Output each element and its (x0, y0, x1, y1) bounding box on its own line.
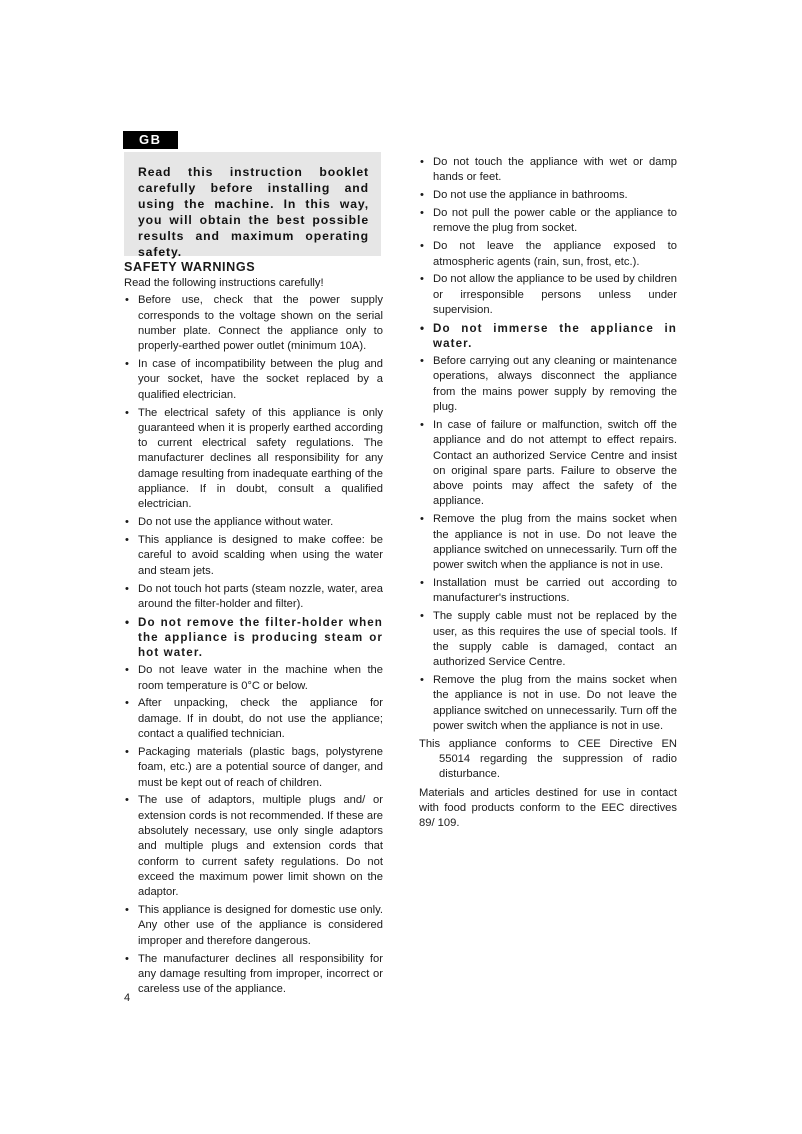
bullet-icon: • (125, 696, 129, 711)
warning-item: •Remove the plug from the mains socket w… (419, 512, 677, 573)
bullet-icon: • (420, 512, 424, 527)
warning-item: •The supply cable must not be replaced b… (419, 609, 677, 670)
warning-item-emphasis: •Do not immerse the appliance in water. (419, 321, 677, 352)
section-lead: Read the following instructions carefull… (124, 276, 383, 291)
warning-item: •In case of incompatibility between the … (124, 357, 383, 403)
warning-item: •Do not touch hot parts (steam nozzle, w… (124, 582, 383, 613)
bullet-icon: • (420, 188, 424, 203)
bullet-icon: • (420, 321, 425, 336)
bullet-icon: • (420, 272, 424, 287)
warning-item: •The electrical safety of this appliance… (124, 406, 383, 513)
bullet-icon: • (125, 293, 129, 308)
warning-item: •Do not leave the appliance exposed to a… (419, 239, 677, 270)
warning-item: •The manufacturer declines all responsib… (124, 952, 383, 998)
food-contact-note: Materials and articles destined for use … (419, 786, 677, 832)
bullet-icon: • (420, 609, 424, 624)
warning-item: •Do not allow the appliance to be used b… (419, 272, 677, 318)
directive-note: This appliance conforms to CEE Directive… (419, 737, 677, 783)
warning-item: •In case of failure or malfunction, swit… (419, 418, 677, 510)
warning-list-right: •Do not touch the appliance with wet or … (419, 155, 677, 734)
warning-item: •Do not use the appliance without water. (124, 515, 383, 530)
warning-item: •Installation must be carried out accord… (419, 576, 677, 607)
left-column: SAFETY WARNINGS Read the following instr… (124, 259, 383, 1000)
bullet-icon: • (125, 533, 129, 548)
warning-item: •Do not use the appliance in bathrooms. (419, 188, 677, 203)
bullet-icon: • (420, 673, 424, 688)
bullet-icon: • (125, 615, 130, 630)
language-tag: GB (123, 131, 178, 149)
bullet-icon: • (125, 952, 129, 967)
warning-item: •Do not leave water in the machine when … (124, 663, 383, 694)
warning-item: •Do not pull the power cable or the appl… (419, 206, 677, 237)
intro-box: Read this instruction booklet carefully … (124, 152, 381, 256)
bullet-icon: • (125, 406, 129, 421)
warning-item: •The use of adaptors, multiple plugs and… (124, 793, 383, 900)
bullet-icon: • (420, 206, 424, 221)
warning-item-emphasis: •Do not remove the filter-holder when th… (124, 615, 383, 661)
warning-list-left: •Before use, check that the power supply… (124, 293, 383, 997)
bullet-icon: • (420, 155, 424, 170)
bullet-icon: • (420, 239, 424, 254)
warning-item: •This appliance is designed for domestic… (124, 903, 383, 949)
warning-item: •This appliance is designed to make coff… (124, 533, 383, 579)
bullet-icon: • (125, 357, 129, 372)
bullet-icon: • (125, 745, 129, 760)
warning-item: •Do not touch the appliance with wet or … (419, 155, 677, 186)
bullet-icon: • (125, 663, 129, 678)
warning-item: •Before use, check that the power supply… (124, 293, 383, 354)
warning-item: •Before carrying out any cleaning or mai… (419, 354, 677, 415)
warning-item: •After unpacking, check the appliance fo… (124, 696, 383, 742)
bullet-icon: • (125, 515, 129, 530)
warning-item: •Remove the plug from the mains socket w… (419, 673, 677, 734)
section-title: SAFETY WARNINGS (124, 259, 383, 276)
page-number: 4 (124, 992, 130, 1004)
bullet-icon: • (125, 903, 129, 918)
bullet-icon: • (420, 418, 424, 433)
right-column: •Do not touch the appliance with wet or … (419, 155, 677, 835)
bullet-icon: • (420, 354, 424, 369)
warning-item: •Packaging materials (plastic bags, poly… (124, 745, 383, 791)
bullet-icon: • (420, 576, 424, 591)
intro-text: Read this instruction booklet carefully … (138, 164, 369, 260)
bullet-icon: • (125, 582, 129, 597)
bullet-icon: • (125, 793, 129, 808)
